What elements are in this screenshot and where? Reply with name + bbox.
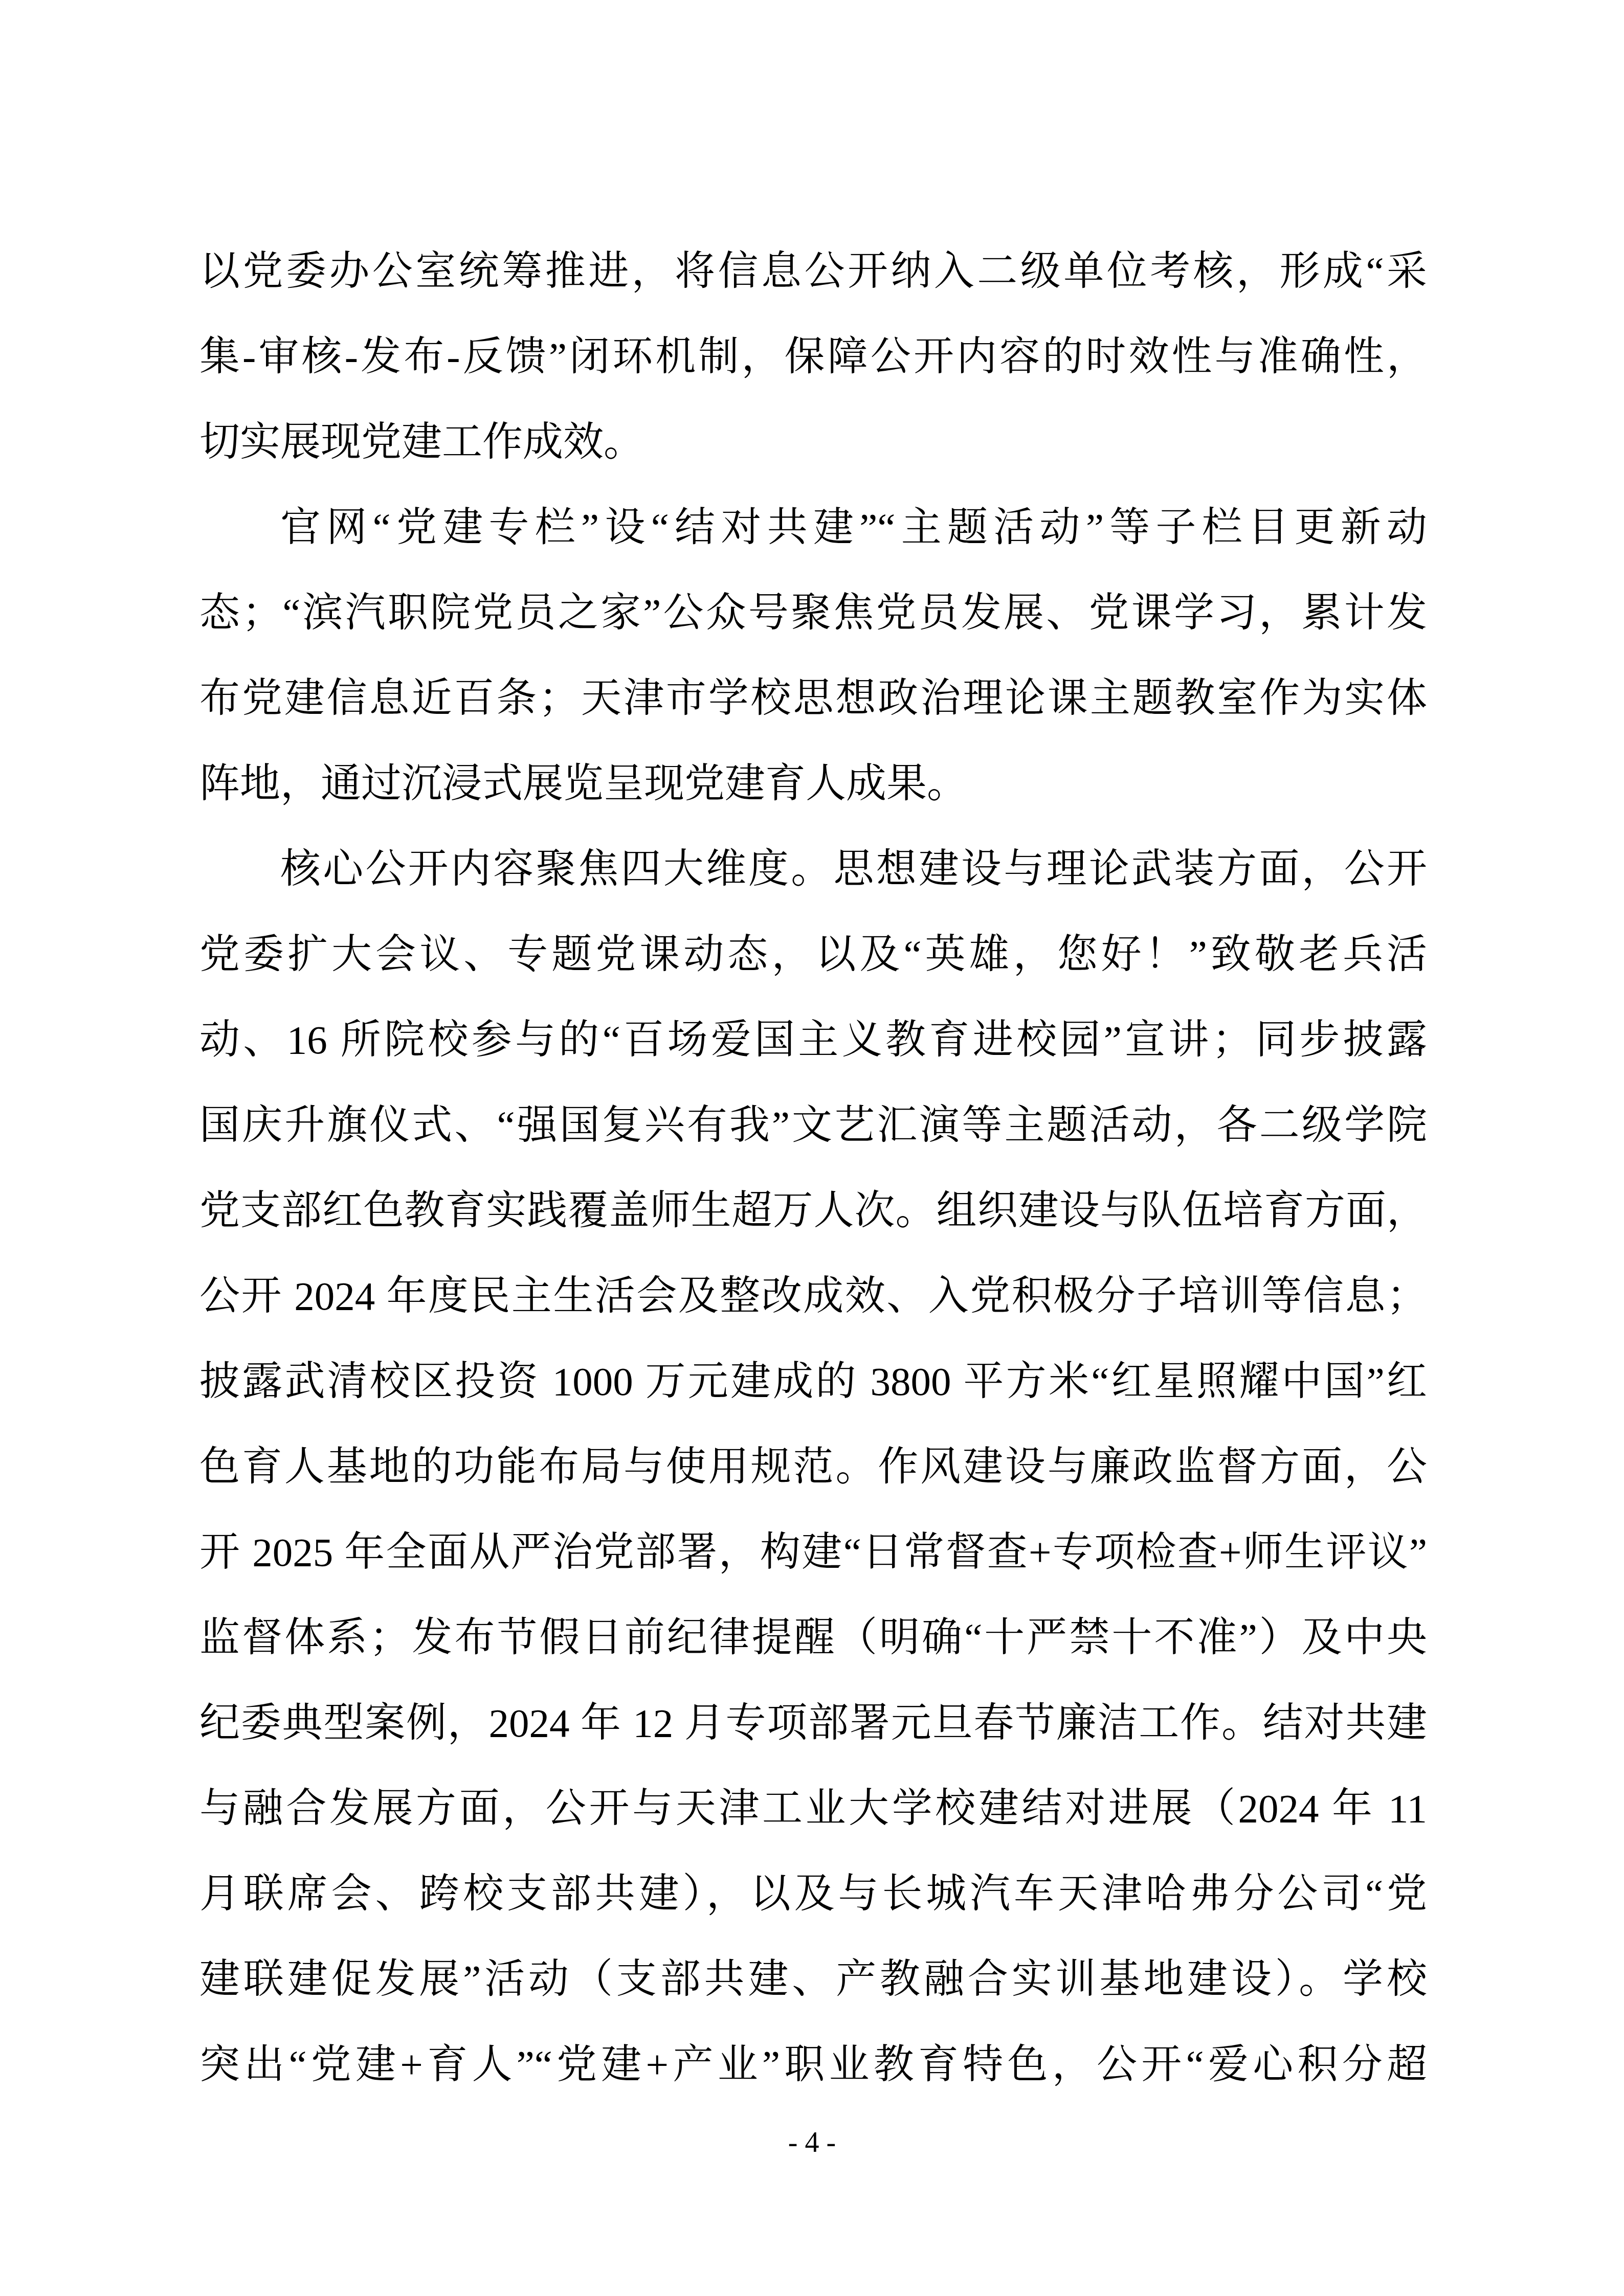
text-line: 切实展现党建工作成效。 (199, 400, 1427, 485)
text-line: 监督体系；发布节假日前纪律提醒（明确“十严禁十不准”）及中央 (199, 1595, 1427, 1681)
text-line: 党委扩大会议、专题党课动态，以及“英雄，您好！”致敬老兵活 (199, 912, 1427, 998)
text-line: 建联建促发展”活动（支部共建、产教融合实训基地建设）。学校 (199, 1937, 1427, 2022)
text-line: 与融合发展方面，公开与天津工业大学校建结对进展（2024 年 11 (199, 1766, 1427, 1852)
page-number: - 4 - (0, 2126, 1624, 2159)
text-line: 态；“滨汽职院党员之家”公众号聚焦党员发展、党课学习，累计发 (199, 571, 1427, 656)
text-line: 党支部红色教育实践覆盖师生超万人次。组织建设与队伍培育方面， (199, 1168, 1427, 1254)
text-line: 核心公开内容聚焦四大维度。思想建设与理论武装方面，公开 (199, 827, 1427, 912)
text-line: 公开 2024 年度民主生活会及整改成效、入党积极分子培训等信息； (199, 1254, 1427, 1339)
text-line: 动、16 所院校参与的“百场爱国主义教育进校园”宣讲；同步披露 (199, 998, 1427, 1083)
text-line: 披露武清校区投资 1000 万元建成的 3800 平方米“红星照耀中国”红 (199, 1339, 1427, 1425)
text-line: 布党建信息近百条；天津市学校思想政治理论课主题教室作为实体 (199, 656, 1427, 741)
text-line: 色育人基地的功能布局与使用规范。作风建设与廉政监督方面，公 (199, 1425, 1427, 1510)
body-text: 以党委办公室统筹推进，将信息公开纳入二级单位考核，形成“采集-审核-发布-反馈”… (199, 229, 1427, 2108)
text-line: 阵地，通过沉浸式展览呈现党建育人成果。 (199, 741, 1427, 827)
text-line: 国庆升旗仪式、“强国复兴有我”文艺汇演等主题活动，各二级学院 (199, 1083, 1427, 1168)
text-line: 以党委办公室统筹推进，将信息公开纳入二级单位考核，形成“采 (199, 229, 1427, 314)
text-line: 纪委典型案例，2024 年 12 月专项部署元旦春节廉洁工作。结对共建 (199, 1681, 1427, 1766)
text-line: 官网“党建专栏”设“结对共建”“主题活动”等子栏目更新动 (199, 485, 1427, 571)
text-line: 开 2025 年全面从严治党部署，构建“日常督查+专项检查+师生评议” (199, 1510, 1427, 1595)
text-line: 集-审核-发布-反馈”闭环机制，保障公开内容的时效性与准确性， (199, 314, 1427, 400)
text-line: 突出“党建+育人”“党建+产业”职业教育特色，公开“爱心积分超 (199, 2022, 1427, 2108)
document-page: 以党委办公室统筹推进，将信息公开纳入二级单位考核，形成“采集-审核-发布-反馈”… (0, 0, 1624, 2296)
text-line: 月联席会、跨校支部共建），以及与长城汽车天津哈弗分公司“党 (199, 1852, 1427, 1937)
